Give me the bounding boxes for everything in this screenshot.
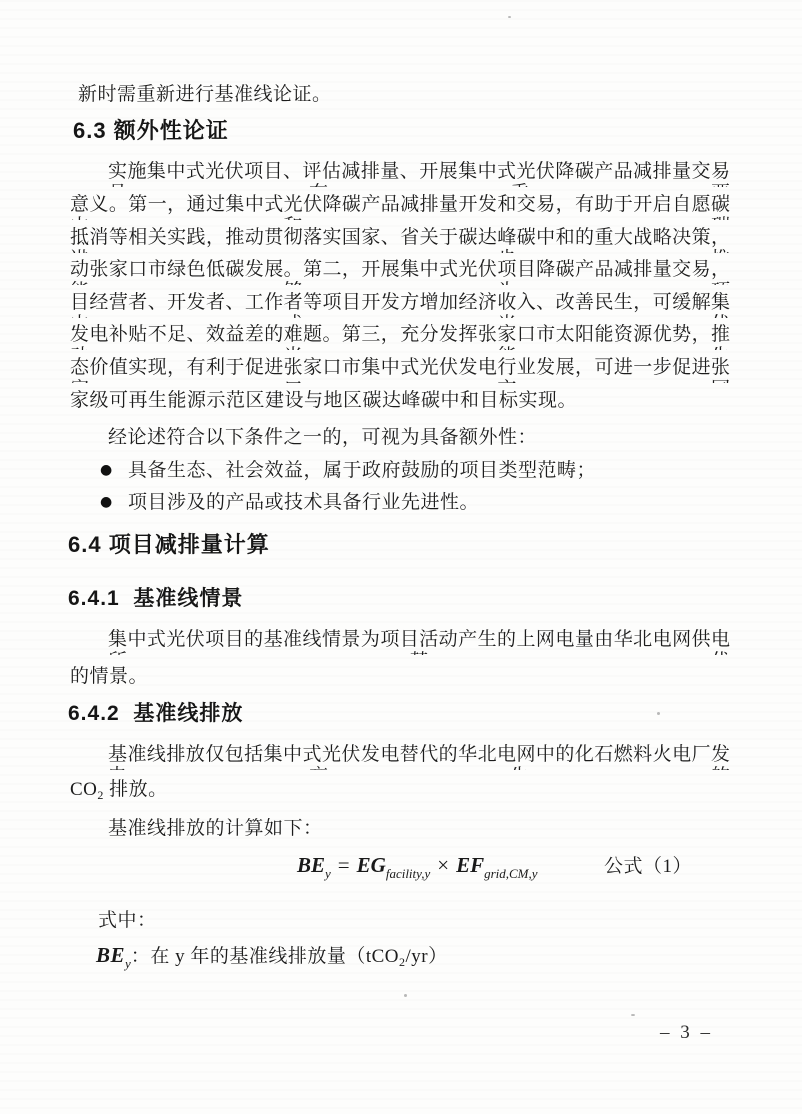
formula-lhs-subscript: y xyxy=(325,866,331,881)
co2-base: CO xyxy=(70,779,97,800)
paragraph-line: 基准线排放仅包括集中式光伏发电替代的华北电网中的化石燃料火电厂发电产生的 xyxy=(108,744,730,770)
definition-text: 在 y 年的基准线排放量（tCO xyxy=(150,946,399,967)
definition-unit: /yr） xyxy=(406,946,448,967)
bullet-item: 具备生态、社会效益，属于政府鼓励的项目类型范畴； xyxy=(128,460,596,482)
definition-colon: ： xyxy=(131,946,151,967)
conditions-intro-line: 经论述符合以下条件之一的，可视为具备额外性： xyxy=(108,427,537,449)
bullet-dot-icon: ● xyxy=(100,463,112,477)
section-6-4-1-heading: 6.4.1 基准线情景 xyxy=(68,587,243,610)
formula-term1: EG xyxy=(357,853,386,877)
bullet-dot-icon: ● xyxy=(100,495,112,509)
formula-number-label: 公式（1） xyxy=(604,856,692,878)
section-6-3-heading: 6.3 额外性论证 xyxy=(73,119,229,143)
page-number: – 3 – xyxy=(660,1022,713,1044)
baseline-emissions-formula: BEy=EGfacility,y×EFgrid,CM,y xyxy=(297,855,538,880)
paragraph-line: 发电补贴不足、效益差的难题。第三，充分发挥张家口市太阳能资源优势，推动光能生 xyxy=(70,324,730,350)
paragraph-line: 抵消等相关实践，推动贯彻落实国家、省关于碳达峰碳中和的重大战略决策，进一步推 xyxy=(70,227,730,253)
section-6-4-2-heading: 6.4.2 基准线排放 xyxy=(68,702,243,725)
paragraph-line-co2: CO2 排放。 xyxy=(70,779,168,803)
formula-term1-subscript: facility,y xyxy=(386,866,430,881)
scan-speck xyxy=(404,994,407,997)
paragraph-line: 意义。第一，通过集中式光伏降碳产品减排量开发和交易，有助于开启自愿碳中和、碳 xyxy=(70,194,730,220)
section-6-4-heading: 6.4 项目减排量计算 xyxy=(68,533,270,557)
definition-var-base: BE xyxy=(96,943,125,967)
definition-variable: BEy xyxy=(96,943,131,967)
bullet-item: 项目涉及的产品或技术具备行业先进性。 xyxy=(128,492,479,514)
paragraph-line: 实施集中式光伏项目、评估减排量、开展集中式光伏降碳产品减排量交易具有重要 xyxy=(108,161,730,187)
formula-lhs: BE xyxy=(297,853,325,877)
intro-line: 新时需重新进行基准线论证。 xyxy=(78,84,332,106)
paragraph-line: 的情景。 xyxy=(70,666,148,688)
paragraph-line: 目经营者、开发者、工作者等项目开发方增加经济收入、改善民生，可缓解集中式光伏 xyxy=(70,292,730,318)
paragraph-line: 态价值实现，有利于促进张家口市集中式光伏发电行业发展，可进一步促进张家口市国 xyxy=(70,357,730,383)
document-page: 新时需重新进行基准线论证。 6.3 额外性论证 实施集中式光伏项目、评估减排量、… xyxy=(0,0,802,1114)
equals-sign: = xyxy=(331,853,357,877)
formula-term2: EF xyxy=(456,853,484,877)
paragraph-line: 动张家口市绿色低碳发展。第二，开展集中式光伏项目降碳产品减排量交易，能够为项 xyxy=(70,259,730,285)
co2-rest: 排放。 xyxy=(104,779,168,800)
multiply-sign: × xyxy=(430,853,456,877)
formula-term2-subscript: grid,CM,y xyxy=(484,866,537,881)
paragraph-line: 集中式光伏项目的基准线情景为项目活动产生的上网电量由华北电网供电所替代 xyxy=(108,629,730,655)
scan-speck xyxy=(631,1014,635,1016)
paragraph-line: 家级可再生能源示范区建设与地区碳达峰碳中和目标实现。 xyxy=(70,390,577,412)
formula-intro-line: 基准线排放的计算如下： xyxy=(108,818,323,840)
where-label: 式中： xyxy=(98,910,157,932)
variable-definition: BEy：在 y 年的基准线排放量（tCO2/yr） xyxy=(96,945,448,970)
scan-speck xyxy=(657,712,660,715)
scan-speck xyxy=(508,16,511,18)
